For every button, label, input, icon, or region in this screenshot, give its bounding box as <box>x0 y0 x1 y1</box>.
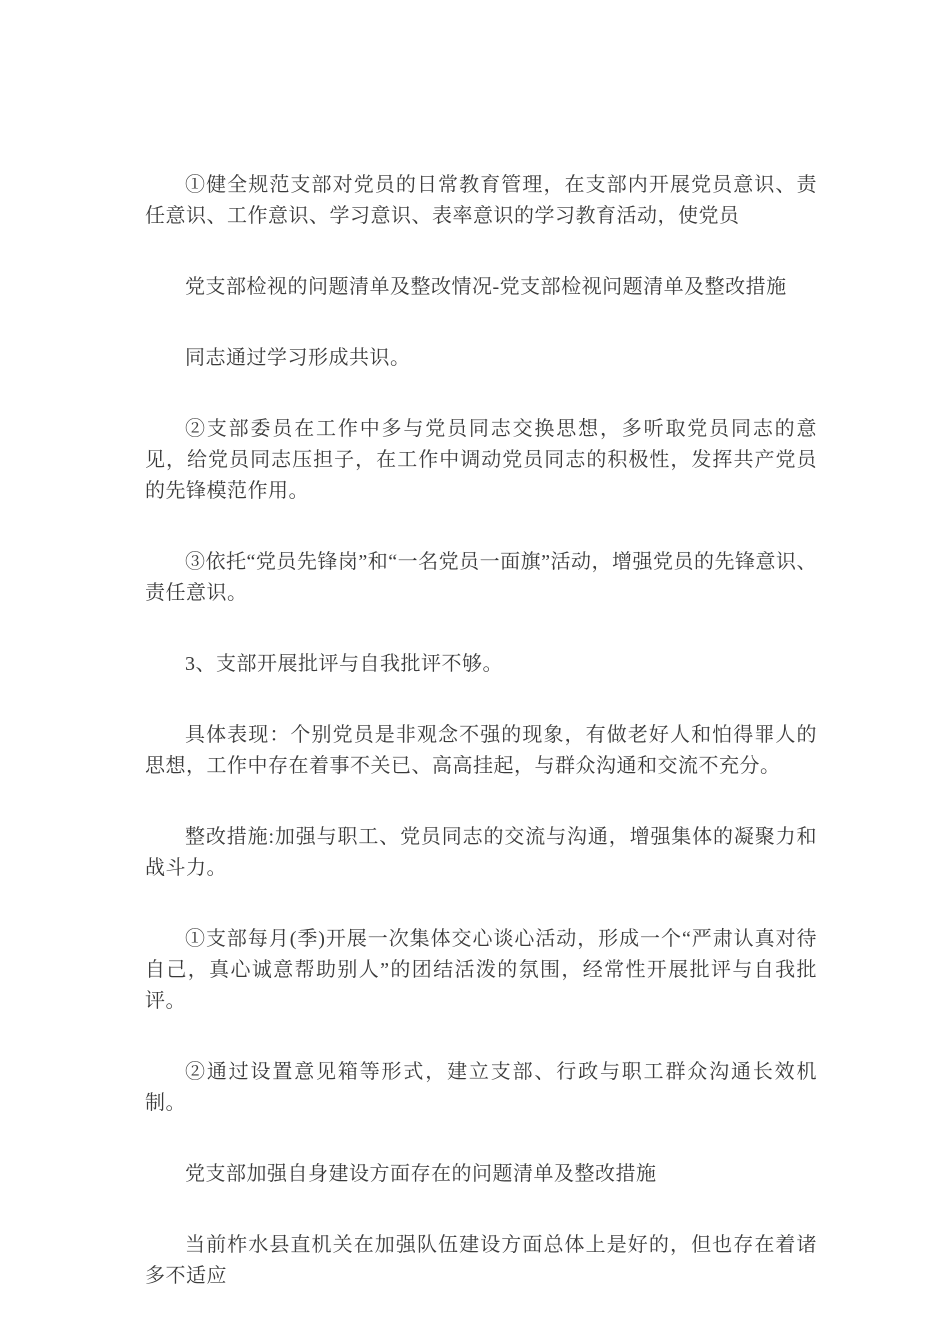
paragraph-committee-exchange: ②支部委员在工作中多与党员同志交换思想，多听取党员同志的意见，给党员同志压担子，… <box>145 414 817 507</box>
paragraph-monthly-heart-talk: ①支部每月(季)开展一次集体交心谈心活动，形成一个“严肃认真对待自己，真心诚意帮… <box>145 924 817 1017</box>
paragraph-self-construction-title: 党支部加强自身建设方面存在的问题清单及整改措施 <box>145 1159 817 1190</box>
paragraph-rectification-measures: 整改措施:加强与职工、党员同志的交流与沟通，增强集体的凝聚力和战斗力。 <box>145 822 817 884</box>
document-page: ①健全规范支部对党员的日常教育管理，在支部内开展党员意识、责任意识、工作意识、学… <box>0 0 950 1344</box>
paragraph-consensus: 同志通过学习形成共识。 <box>145 343 817 374</box>
paragraph-zhashui-county: 当前柞水县直机关在加强队伍建设方面总体上是好的，但也存在着诸多不适应 <box>145 1230 817 1292</box>
paragraph-inspection-list-title: 党支部检视的问题清单及整改情况-党支部检视问题清单及整改措施 <box>145 272 817 303</box>
paragraph-specific-manifestation: 具体表现：个别党员是非观念不强的现象，有做老好人和怕得罪人的思想，工作中存在着事… <box>145 720 817 782</box>
paragraph-pioneer-post: ③依托“党员先锋岗”和“一名党员一面旗”活动，增强党员的先锋意识、责任意识。 <box>145 547 817 609</box>
paragraph-suggestion-box: ②通过设置意见箱等形式，建立支部、行政与职工群众沟通长效机制。 <box>145 1057 817 1119</box>
paragraph-item-3-criticism: 3、支部开展批评与自我批评不够。 <box>145 649 817 680</box>
paragraph-education-management: ①健全规范支部对党员的日常教育管理，在支部内开展党员意识、责任意识、工作意识、学… <box>145 170 817 232</box>
